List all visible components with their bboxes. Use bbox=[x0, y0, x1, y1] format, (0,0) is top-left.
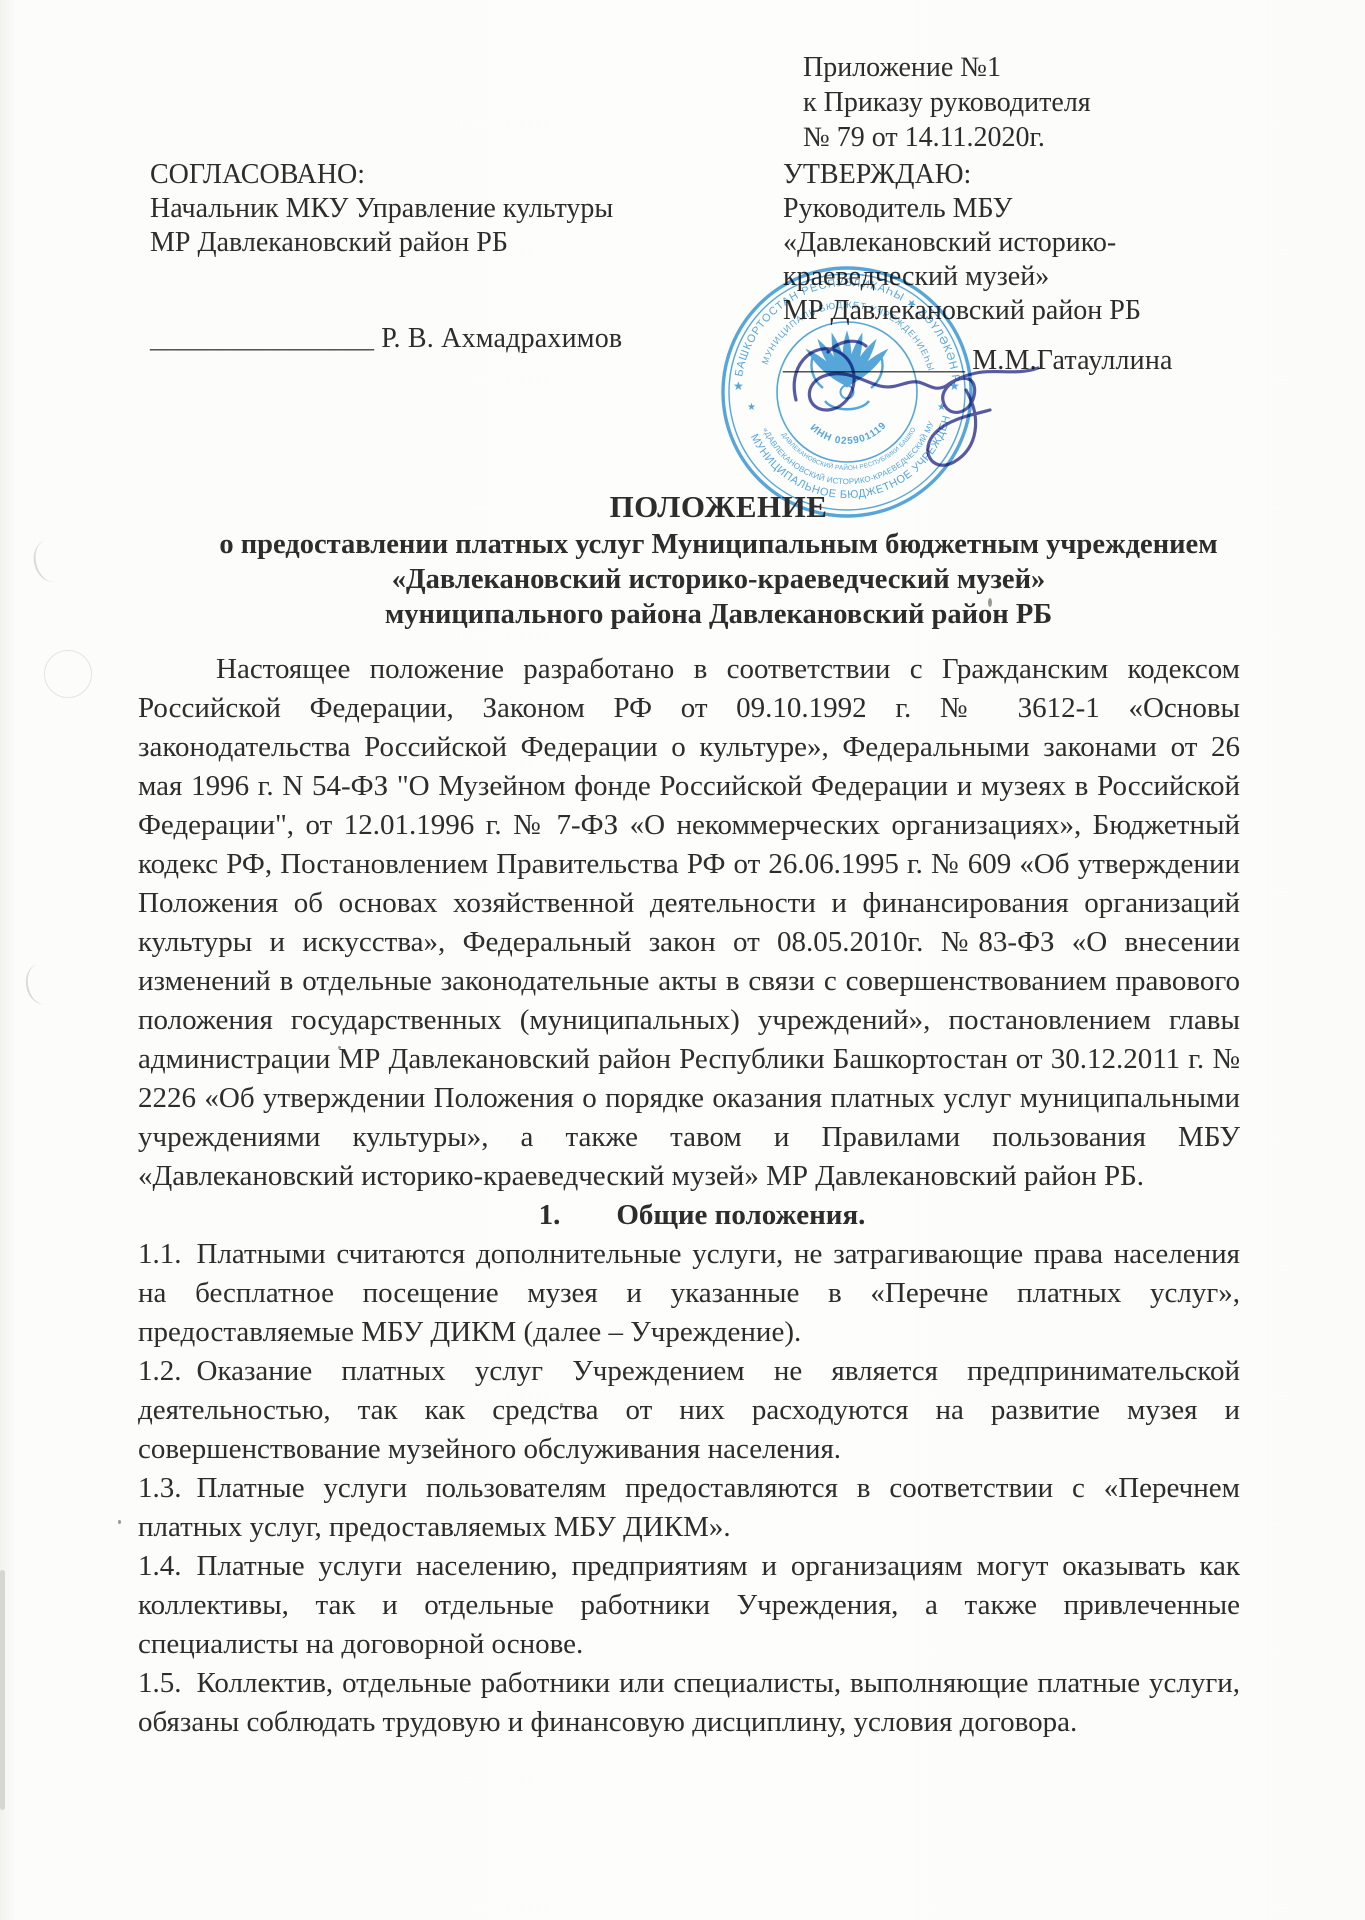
appendix-line-1: Приложение №1 bbox=[803, 50, 1091, 85]
clause-1-5: 1.5.Коллектив, отдельные работники или с… bbox=[138, 1664, 1240, 1742]
scan-speck bbox=[988, 598, 992, 607]
document-subtitle-line: муниципального района Давлекановский рай… bbox=[72, 597, 1365, 632]
approved-title: УТВЕРЖДАЮ: bbox=[783, 158, 1173, 192]
scan-speck bbox=[560, 1403, 563, 1406]
document-subtitle-line: «Давлекановский историко-краеведческий м… bbox=[72, 562, 1365, 597]
document-body: Настоящее положение разработано в соотве… bbox=[138, 650, 1240, 1742]
agreed-signer-name: Р. В. Ахмадрахимов bbox=[374, 323, 622, 354]
clause-text: Платные услуги населению, предприятиям и… bbox=[138, 1550, 1240, 1660]
clause-text: Платные услуги пользователям предоставля… bbox=[138, 1472, 1240, 1543]
clause-text: Коллектив, отдельные работники или специ… bbox=[138, 1667, 1240, 1738]
document-page: Приложение №1 к Приказу руководителя № 7… bbox=[0, 0, 1365, 1920]
clause-1-3: 1.3.Платные услуги пользователям предост… bbox=[138, 1469, 1240, 1547]
handwritten-signature bbox=[768, 322, 1058, 482]
clause-text: Платными считаются дополнительные услуги… bbox=[138, 1238, 1240, 1348]
scan-edge-shadow bbox=[0, 1570, 5, 1810]
stamp-star-left-1: ★ bbox=[733, 379, 744, 393]
agreed-signature-row: ________________ Р. В. Ахмадрахимов bbox=[150, 322, 622, 356]
clause-1-1: 1.1.Платными считаются дополнительные ус… bbox=[138, 1235, 1240, 1352]
stamp-star-left-2: ★ bbox=[747, 402, 756, 413]
approved-org-line: «Давлекановский историко- bbox=[783, 226, 1173, 260]
approved-org-line: Руководитель МБУ bbox=[783, 192, 1173, 226]
clause-1-4: 1.4.Платные услуги населению, предприяти… bbox=[138, 1547, 1240, 1664]
document-subtitle-line: о предоставлении платных услуг Муниципал… bbox=[72, 527, 1365, 562]
section-number: 1. bbox=[539, 1196, 561, 1235]
clause-number: 1.3. bbox=[138, 1472, 182, 1504]
scan-artifact-curve bbox=[23, 962, 59, 1007]
document-title-block: ПОЛОЖЕНИЕ о предоставлении платных услуг… bbox=[0, 487, 1365, 632]
clause-number: 1.2. bbox=[138, 1355, 182, 1387]
scan-speck bbox=[338, 1046, 341, 1049]
section-title: Общие положения. bbox=[616, 1196, 865, 1235]
scan-artifact-circle bbox=[44, 650, 92, 698]
document-title: ПОЛОЖЕНИЕ bbox=[72, 487, 1365, 527]
clause-number: 1.1. bbox=[138, 1238, 182, 1270]
clause-text: Оказание платных услуг Учреждением не яв… bbox=[138, 1355, 1240, 1465]
agreed-title: СОГЛАСОВАНО: bbox=[150, 158, 622, 192]
signature-line: ________________ bbox=[150, 323, 374, 354]
appendix-line-3: № 79 от 14.11.2020г. bbox=[803, 120, 1091, 155]
clause-number: 1.4. bbox=[138, 1550, 182, 1582]
scan-speck bbox=[118, 1520, 121, 1524]
intro-paragraph: Настоящее положение разработано в соотве… bbox=[138, 650, 1240, 1196]
clause-number: 1.5. bbox=[138, 1667, 182, 1699]
section-heading: 1. Общие положения. bbox=[138, 1196, 1240, 1235]
agreed-block: СОГЛАСОВАНО: Начальник МКУ Управление ку… bbox=[150, 158, 622, 356]
agreed-org-line: Начальник МКУ Управление культуры bbox=[150, 192, 622, 226]
clause-1-2: 1.2.Оказание платных услуг Учреждением н… bbox=[138, 1352, 1240, 1469]
appendix-line-2: к Приказу руководителя bbox=[803, 85, 1091, 120]
agreed-org-line: МР Давлекановский район РБ bbox=[150, 226, 622, 260]
appendix-block: Приложение №1 к Приказу руководителя № 7… bbox=[803, 50, 1091, 155]
